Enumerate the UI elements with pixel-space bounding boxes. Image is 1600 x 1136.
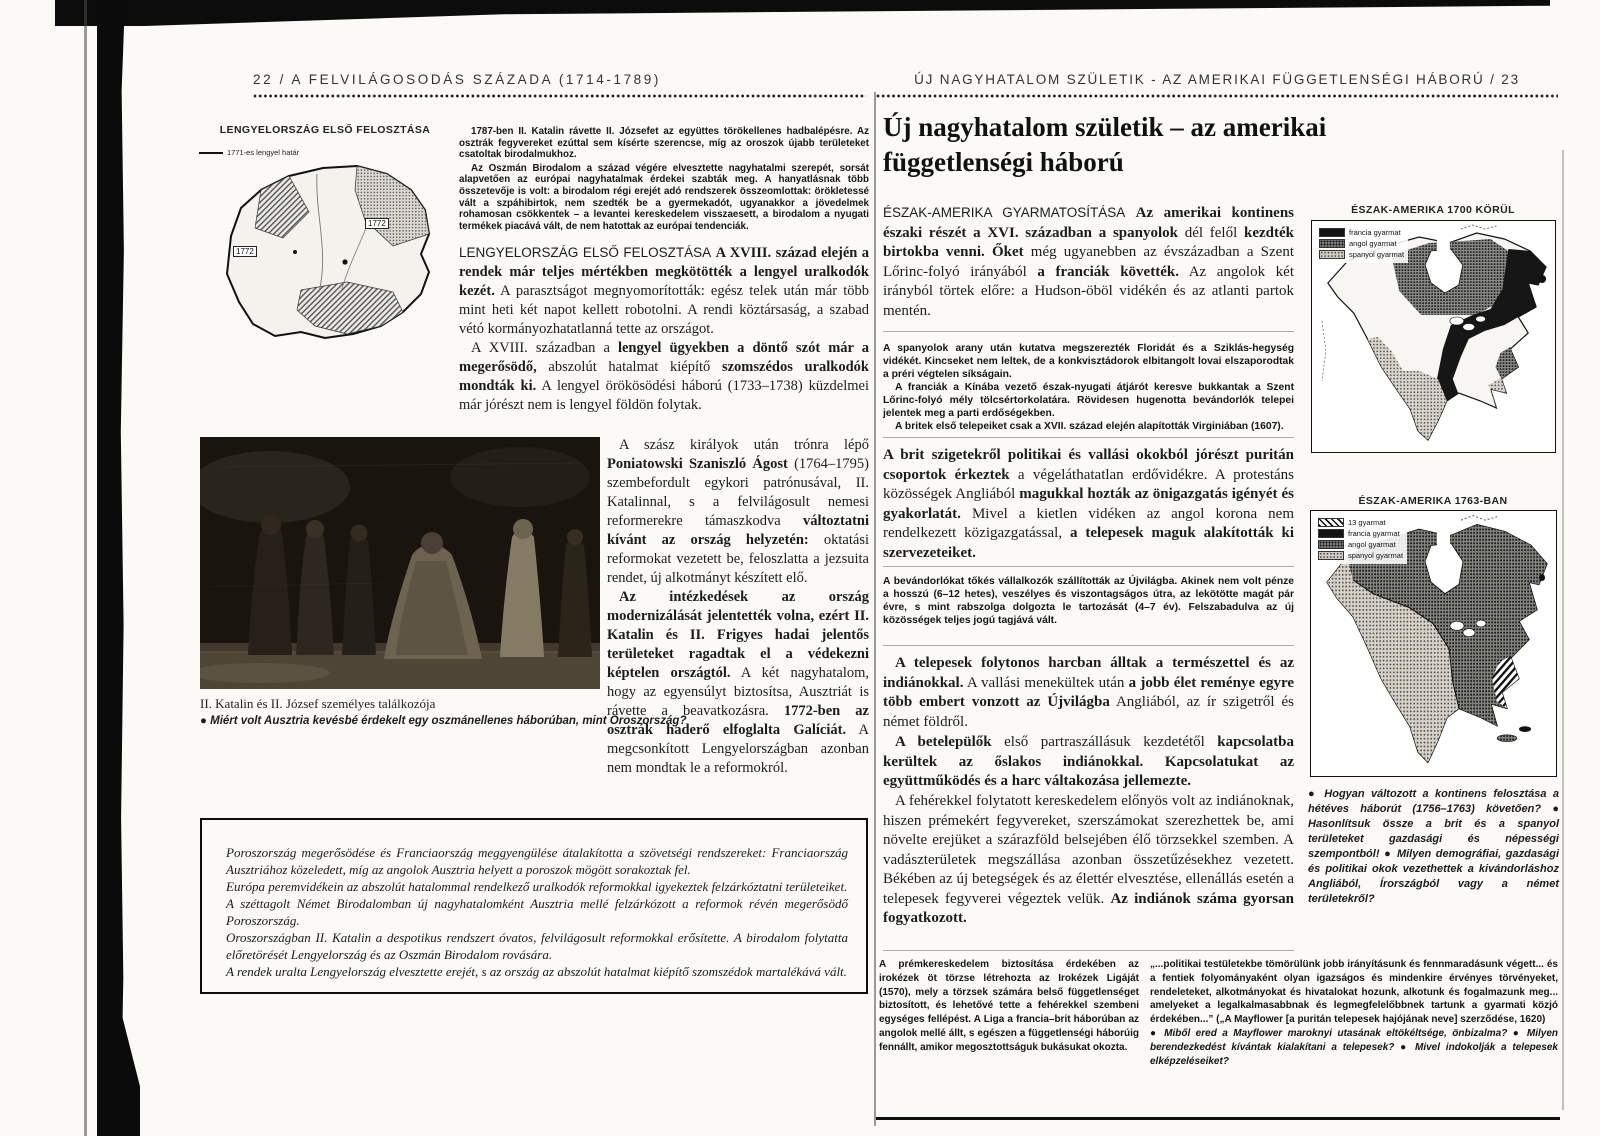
summary-line: Poroszország megerősödése és Franciaorsz… [226,844,848,878]
scan-artifact-binding-strip [97,0,125,1136]
legend-row: francia gyarmat [1318,529,1403,538]
section-paragraph: LENGYELORSZÁG ELSŐ FELOSZTÁSA A XVIII. s… [459,243,869,339]
map-1700-title: ÉSZAK-AMERIKA 1700 KÖRÜL [1309,204,1557,216]
small-text-block-2: A bevándorlókat tőkés vállalkozók szállí… [883,575,1294,627]
legend-row: spanyol gyarmat [1318,551,1403,560]
summary-line: A rendek uralta Lengyelország elvesztett… [226,963,848,980]
spanish-colony-swatch [1318,551,1344,560]
partition-year-label: 1772 [233,246,257,257]
legend-label: francia gyarmat [1348,529,1400,538]
engraving-image [200,437,600,689]
catherine-joseph-engraving [200,437,600,689]
section-rule [883,331,1294,332]
legend-row: francia gyarmat [1319,228,1404,237]
map-1763-legend: 13 gyarmat francia gyarmat angol gyarmat… [1316,516,1407,564]
legend-row: spanyol gyarmat [1319,250,1404,259]
left-header-dotted-rule [253,94,866,98]
map-1763-title: ÉSZAK-AMERIKA 1763-BAN [1309,495,1557,507]
french-colony-swatch [1318,529,1344,538]
settlers-paragraph: A telepesek folytonos harcban álltak a t… [883,654,1294,732]
chapter-title: Új nagyhatalom születik – az amerikai fü… [883,110,1473,180]
mayflower-questions: ● Miből ered a Mayflower maroknyi utasán… [1150,1027,1558,1068]
border-line-label: 1771-es lengyel határ [227,148,299,157]
poland-map-title: LENGYELORSZÁG ELSŐ FELOSZTÁSA [197,124,453,136]
side-paragraph: A szász királyok után trónra lépő Poniat… [607,436,869,588]
legend-row: angol gyarmat [1318,540,1403,549]
summary-line: Európa peremvidékein az abszolút hatalom… [226,878,848,895]
trade-paragraph: A fehérekkel folytatott kereskedelem elő… [883,792,1294,929]
intro-paragraph: Az Oszmán Birodalom a század végére elve… [459,163,869,233]
photo-caption: II. Katalin és II. József személyes talá… [200,696,660,712]
section-rule [883,566,1294,567]
colonization-paragraph: ÉSZAK-AMERIKA GYARMATOSÍTÁSA Az amerikai… [883,203,1294,321]
legend-label: angol gyarmat [1348,540,1396,549]
english-colony-swatch [1319,239,1345,248]
left-page-narrow-column: A szász királyok után trónra lépő Poniat… [607,436,869,778]
small-paragraph: A franciák a Kínába vezető észak-nyugati… [883,381,1294,420]
legend-label: spanyol gyarmat [1348,551,1403,560]
small-text-block-1: A spanyolok arany után kutatva megszerez… [883,342,1294,433]
summary-line: Oroszországban II. Katalin a despotikus … [226,929,848,963]
section-rule [883,437,1294,438]
scan-artifact-bottom-left [98,1012,140,1136]
legend-row: 13 gyarmat [1318,518,1403,527]
map-1700-legend: francia gyarmat angol gyarmat spanyol gy… [1317,226,1408,263]
landing-paragraph: A betelepülők első partraszállásuk kezde… [883,733,1294,792]
legend-label: angol gyarmat [1349,239,1397,248]
thirteen-colonies-swatch [1318,518,1344,527]
right-header-dotted-rule [876,94,1558,98]
legend-label: francia gyarmat [1349,228,1401,237]
maps-question-caption: ● Hogyan változott a kontinens felosztás… [1308,787,1559,907]
spanish-colony-swatch [1319,250,1345,259]
legend-row: angol gyarmat [1319,239,1404,248]
summary-line: A széttagolt Német Birodalomban új nagyh… [226,895,848,929]
intro-paragraph: 1787-ben II. Katalin rávette II. Józsefe… [459,126,869,161]
border-line-swatch [199,152,223,154]
poland-map-legend: 1771-es lengyel határ [199,148,299,157]
mayflower-quote: „...politikai testületekbe tömörülünk jo… [1150,958,1558,1027]
poland-partition-map: 1771-es lengyel határ 1772 1772 [197,140,453,377]
left-page-main-column: 1787-ben II. Katalin rávette II. Józsefe… [459,126,869,415]
small-paragraph: A spanyolok arany után kutatva megszerez… [883,342,1294,381]
scan-artifact-page-edge-line [84,0,87,1136]
page-gutter-divider [874,92,876,1126]
french-colony-swatch [1319,228,1345,237]
small-paragraph: A britek első telepeiket csak a XVII. sz… [883,420,1294,433]
section-rule [883,950,1294,951]
north-america-1700-map: francia gyarmat angol gyarmat spanyol gy… [1311,220,1556,453]
scan-artifact-right-edge [1562,150,1564,1110]
mayflower-source-block: „...politikai testületekbe tömörülünk jo… [1150,958,1558,1068]
textbook-spread-scan: 22 / A FELVILÁGOSODÁS SZÁZADA (1714-1789… [0,0,1600,1136]
right-page-bottom-rule [876,1117,1560,1120]
partition-year-label: 1772 [365,218,389,229]
left-page-running-head: 22 / A FELVILÁGOSODÁS SZÁZADA (1714-1789… [253,72,865,87]
legend-label: spanyol gyarmat [1349,250,1404,259]
scan-artifact-top-edge [55,0,1550,26]
section-paragraph: A XVIII. században a lengyel ügyekben a … [459,339,869,415]
iroquois-note: A prémkereskedelem biztosítása érdekében… [879,958,1139,1055]
side-paragraph: Az intézkedések az ország modernizálását… [607,588,869,778]
legend-label: 13 gyarmat [1348,518,1386,527]
north-america-1763-map: 13 gyarmat francia gyarmat angol gyarmat… [1310,510,1557,777]
puritan-paragraph: A brit szigetekről politikai és vallási … [883,446,1294,563]
section-rule [883,645,1294,646]
poland-map-drawing [197,140,453,377]
english-colony-swatch [1318,540,1344,549]
chapter-summary-box: Poroszország megerősödése és Franciaorsz… [200,818,868,994]
right-page-running-head: ÚJ NAGYHATALOM SZÜLETIK - AZ AMERIKAI FÜ… [876,72,1558,87]
